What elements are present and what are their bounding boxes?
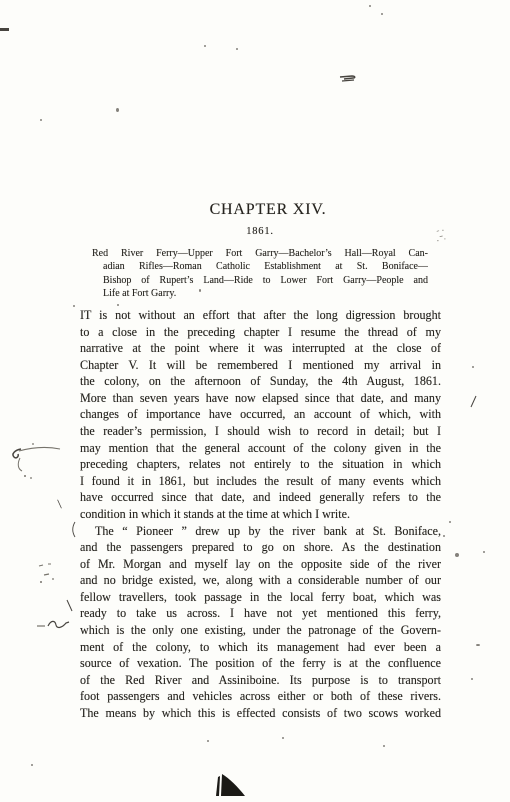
scan-mark-speck xyxy=(116,108,119,112)
body-text: IT is not without an effort that after t… xyxy=(80,307,441,721)
scan-mark-speck xyxy=(207,740,209,742)
chapter-year: 1861. xyxy=(80,225,440,238)
chapter-summary: Red River Ferry—Upper Fort Garry—Bachelo… xyxy=(92,247,428,301)
body-line: to a close in the preceding chapter I re… xyxy=(80,324,441,341)
scan-mark-dash xyxy=(0,28,9,31)
body-line: narrative at the point where it was inte… xyxy=(80,340,441,357)
body-line: preceding chapters, relates not entirely… xyxy=(80,456,441,473)
scan-mark-speck xyxy=(117,304,119,306)
scan-mark-speck xyxy=(443,535,445,537)
body-line: of Mr. Morgan and myself lay on the oppo… xyxy=(80,556,441,573)
body-line: which is the only one existing, under th… xyxy=(80,622,441,639)
scan-mark-speck xyxy=(383,745,385,747)
body-line: source of vexation. The position of the … xyxy=(80,655,441,672)
scan-mark-scribble xyxy=(5,438,65,480)
scan-mark-speck xyxy=(369,5,371,7)
scan-mark-speck xyxy=(204,45,206,47)
body-line: foot passengers and vehicles across eith… xyxy=(80,688,441,705)
scan-mark-speck xyxy=(472,366,474,368)
scan-mark-speck xyxy=(282,737,284,739)
body-line: condition in which it stands at the time… xyxy=(80,506,441,523)
body-line: Chapter V. It will be remembered I menti… xyxy=(80,357,441,374)
body-line: may mention that the general account of … xyxy=(80,440,441,457)
body-line: of the Red River and Assiniboine. Its pu… xyxy=(80,672,441,689)
chapter-heading: CHAPTER XIV. xyxy=(88,200,448,220)
body-line: I found it in 1861, but includes the res… xyxy=(80,473,441,490)
scan-mark-speck xyxy=(471,678,473,680)
body-line: and the passengers prepared to go on sho… xyxy=(80,539,441,556)
scan-mark-speck xyxy=(381,13,383,15)
body-line: More than seven years have now elapsed s… xyxy=(80,390,441,407)
body-line: ready to take us across. I have not yet … xyxy=(80,605,441,622)
ink-blob-artifact xyxy=(210,769,248,797)
summary-line: adian Rifles—Roman Catholic Establishmen… xyxy=(92,260,428,273)
body-line: the reader’s permission, I should wish t… xyxy=(80,423,441,440)
body-line: and no bridge existed, we, along with a … xyxy=(80,572,441,589)
summary-line: Bishop of Rupert’s Land—Ride to Lower Fo… xyxy=(92,274,428,287)
body-line: changes of importance have occurred, an … xyxy=(80,406,441,423)
body-line: The means by which this is effected cons… xyxy=(80,705,441,722)
scan-mark-paren xyxy=(71,521,77,538)
scan-mark-speck xyxy=(236,48,238,50)
scan-mark-loop xyxy=(36,618,70,631)
scan-mark-speck xyxy=(483,551,485,553)
book-page: CHAPTER XIV. 1861. Red River Ferry—Upper… xyxy=(0,0,510,802)
summary-line: Red River Ferry—Upper Fort Garry—Bachelo… xyxy=(92,247,428,260)
body-line: fellow travellers, took passage in the l… xyxy=(80,589,441,606)
scan-mark-speck xyxy=(476,644,480,646)
scan-mark-speck xyxy=(455,553,459,557)
summary-line: Life at Fort Garry. xyxy=(92,287,428,300)
body-line: IT is not without an effort that after t… xyxy=(80,307,441,324)
scan-mark-squiggle xyxy=(338,73,358,85)
scan-mark-speck xyxy=(449,521,451,523)
body-line: The “ Pioneer ” drew up by the river ban… xyxy=(80,523,441,540)
scan-mark-speck xyxy=(31,764,33,766)
scan-mark-backslash xyxy=(56,499,63,509)
scan-mark-speck xyxy=(73,305,75,307)
body-line: the colony, on the afternoon of Sunday, … xyxy=(80,373,441,390)
scan-mark-dots xyxy=(38,562,58,586)
body-line: ment of the colony, to which its managem… xyxy=(80,639,441,656)
scan-mark-backslash xyxy=(66,599,73,612)
scan-mark-slash xyxy=(470,395,477,408)
scan-mark-speck xyxy=(40,119,42,121)
body-line: have occurred since that date, and indee… xyxy=(80,489,441,506)
